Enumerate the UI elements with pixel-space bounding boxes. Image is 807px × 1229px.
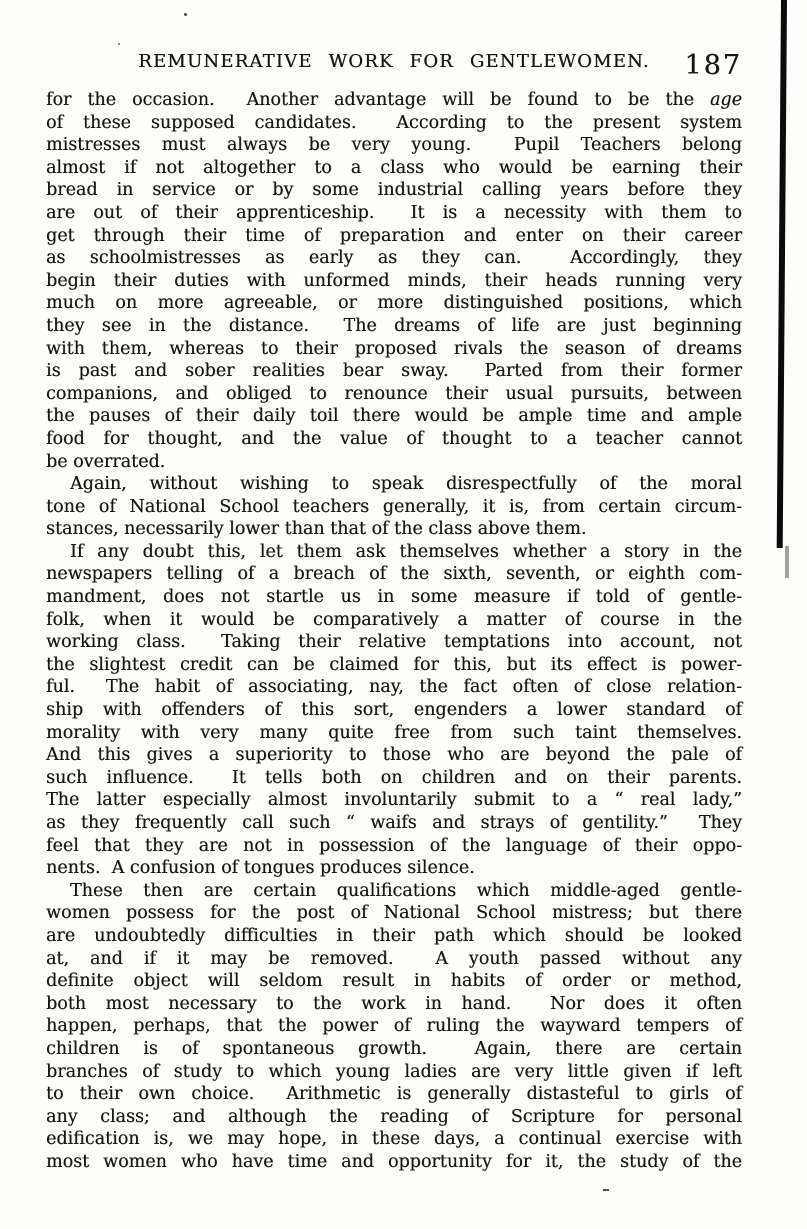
text-line: of these supposed candidates. According … bbox=[46, 112, 742, 135]
text-line: nents. A confusion of tongues produces s… bbox=[46, 857, 742, 880]
scan-edge-artifact-tail bbox=[785, 546, 789, 578]
running-header: REMUNERATIVE WORK FOR GENTLEWOMEN. 187 bbox=[46, 46, 742, 78]
text-line: as they frequently call such “ waifs and… bbox=[46, 812, 742, 835]
text-line: mandment, does not startle us in some me… bbox=[46, 586, 742, 609]
text-line: at, and if it may be removed. A youth pa… bbox=[46, 948, 742, 971]
text-line: mistresses must always be very young. Pu… bbox=[46, 134, 742, 157]
text-line: any class; and although the reading of S… bbox=[46, 1106, 742, 1129]
text-line: happen, perhaps, that the power of rulin… bbox=[46, 1015, 742, 1038]
text-line: tone of National School teachers general… bbox=[46, 496, 742, 519]
text-line: bread in service or by some industrial c… bbox=[46, 179, 742, 202]
text-line: edification is, we may hope, in these da… bbox=[46, 1128, 742, 1151]
text-line: be overrated. bbox=[46, 451, 742, 474]
text-line: are out of their apprenticeship. It is a… bbox=[46, 202, 742, 225]
text-line: begin their duties with unformed minds, … bbox=[46, 270, 742, 293]
text-line: get through their time of preparation an… bbox=[46, 225, 742, 248]
text-line: The latter especially almost involuntari… bbox=[46, 789, 742, 812]
text-line: branches of study to which young ladies … bbox=[46, 1061, 742, 1084]
italic-text: age bbox=[710, 90, 742, 110]
text-line: folk, when it would be comparatively a m… bbox=[46, 609, 742, 632]
text-line: companions, and obliged to renounce thei… bbox=[46, 383, 742, 406]
text-line: ful. The habit of associating, nay, the … bbox=[46, 676, 742, 699]
text-line: working class. Taking their relative tem… bbox=[46, 631, 742, 654]
text-line: definite object will seldom result in ha… bbox=[46, 970, 742, 993]
scan-speck bbox=[603, 1189, 609, 1191]
text-line: as schoolmistresses as early as they can… bbox=[46, 247, 742, 270]
text-line: most women who have time and opportunity… bbox=[46, 1151, 742, 1174]
text-line: newspapers telling of a breach of the si… bbox=[46, 563, 742, 586]
scanned-book-page: REMUNERATIVE WORK FOR GENTLEWOMEN. 187 f… bbox=[0, 0, 807, 1229]
page-text: for the occasion. Another advantage will… bbox=[46, 89, 742, 1174]
text-line: If any doubt this, let them ask themselv… bbox=[46, 541, 742, 564]
text-line: almost if not altogether to a class who … bbox=[46, 157, 742, 180]
text-line: children is of spontaneous growth. Again… bbox=[46, 1038, 742, 1061]
text-line: Again, without wishing to speak disrespe… bbox=[46, 473, 742, 496]
text-line: with them, whereas to their proposed riv… bbox=[46, 338, 742, 361]
page-number: 187 bbox=[684, 52, 742, 79]
text-line: food for thought, and the value of thoug… bbox=[46, 428, 742, 451]
text-line: the slightest credit can be claimed for … bbox=[46, 654, 742, 677]
text-line: stances, necessarily lower than that of … bbox=[46, 518, 742, 541]
scan-speck bbox=[118, 43, 120, 45]
text-line: the pauses of their daily toil there wou… bbox=[46, 405, 742, 428]
text-line: And this gives a superiority to those wh… bbox=[46, 744, 742, 767]
text-line: is past and sober realities bear sway. P… bbox=[46, 360, 742, 383]
text-line: to their own choice. Arithmetic is gener… bbox=[46, 1083, 742, 1106]
text-line: feel that they are not in possession of … bbox=[46, 835, 742, 858]
scan-edge-artifact bbox=[777, 0, 787, 548]
text-line: ship with offenders of this sort, engend… bbox=[46, 699, 742, 722]
text-segment: for the occasion. Another advantage will… bbox=[46, 90, 710, 110]
scan-speck bbox=[184, 13, 187, 16]
text-line: are undoubtedly difficulties in their pa… bbox=[46, 925, 742, 948]
running-header-title: REMUNERATIVE WORK FOR GENTLEWOMEN. bbox=[46, 46, 742, 78]
text-line: women possess for the post of National S… bbox=[46, 902, 742, 925]
text-line: they see in the distance. The dreams of … bbox=[46, 315, 742, 338]
text-line: both most necessary to the work in hand.… bbox=[46, 993, 742, 1016]
text-line: for the occasion. Another advantage will… bbox=[46, 89, 742, 112]
text-line: morality with very many quite free from … bbox=[46, 722, 742, 745]
text-line: These then are certain qualifications wh… bbox=[46, 880, 742, 903]
text-line: such influence. It tells both on childre… bbox=[46, 767, 742, 790]
text-line: much on more agreeable, or more distingu… bbox=[46, 292, 742, 315]
